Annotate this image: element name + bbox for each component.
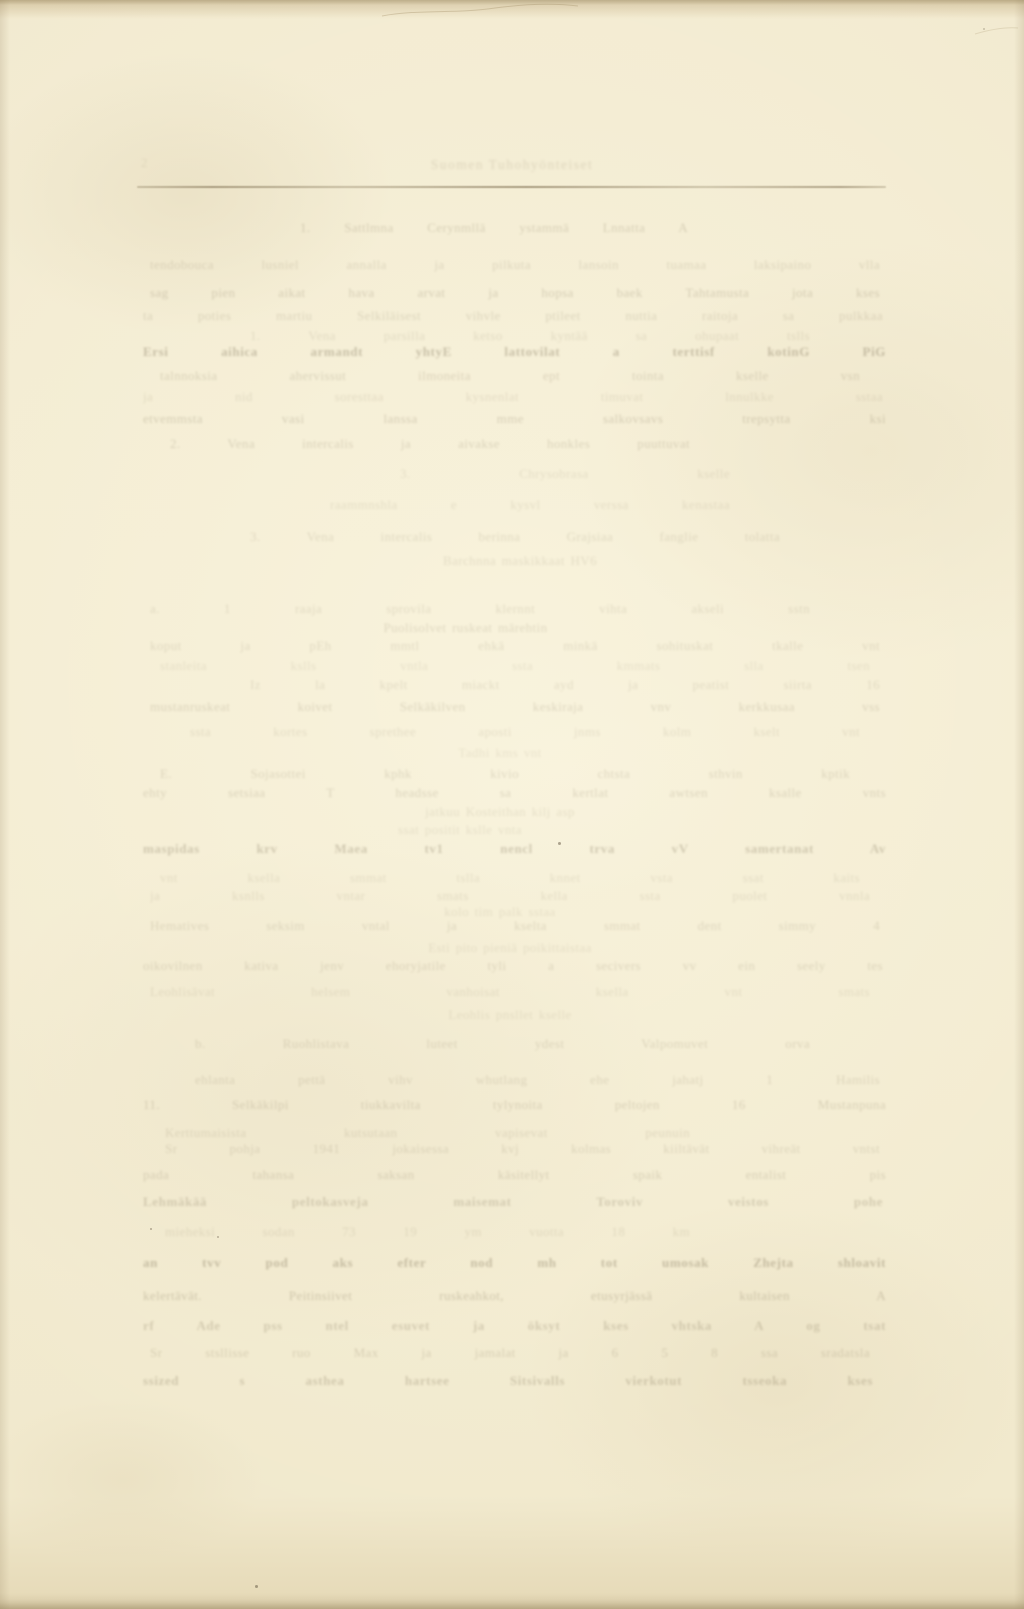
ghost-text-line: 2. Vena intercalis ja aivakse honkles pu… [170, 437, 690, 452]
ghost-text-line: Lehmäkää peltokasveja maisemat Toroviv v… [143, 1195, 883, 1210]
ghost-text-line: Iz la kpelt miackt ayd ja peatist siirta… [250, 678, 880, 693]
ghost-text-line: ssta kortes sprethee aposti jnms kolm ks… [190, 725, 860, 740]
ghost-text-line: Kerttumaisista kutsutaan vapisevat peunu… [165, 1126, 690, 1141]
ghost-text-line: ta poties martiu Selkiläisest vihvle pti… [143, 309, 883, 324]
ghost-text-line: ja ksnlls vntar smats kella ssta puolet … [150, 889, 870, 904]
ink-speck [558, 842, 561, 845]
ghost-text-line: Sr stsllisse ruo Max ja jamalat ja 6 5 8… [150, 1346, 870, 1361]
ink-speck [150, 1228, 152, 1230]
ghost-text-line: Puolisolvet ruskeat märehtin [368, 621, 563, 636]
paper-crease [0, 0, 1024, 60]
ghost-text-line: Leohlis pnsllet kselle [380, 1008, 640, 1023]
ghost-text-line: 3. Vena intercalis berinna Grajsiaa fang… [250, 530, 780, 545]
running-head: Suomen Tuhohyönteiset [0, 157, 1024, 173]
ghost-text-line: raammnshla e kysvl verssa kenastaa [330, 498, 730, 513]
ghost-text-line: kolo tim palk sstaa [330, 905, 670, 920]
ghost-text-line: b. Ruohlistava luteet ydest Valpomuvet o… [195, 1037, 810, 1052]
ghost-text-line: an tvv pod aks efter nod mh tot umosak Z… [143, 1256, 886, 1271]
ghost-text-line: pada tahansa saksan käsitellyt spaik ent… [143, 1168, 886, 1183]
ghost-text-line: ssat positit kslle vnta [280, 823, 640, 838]
ghost-text-line: sag pien aikat hava arvat ja hopsa baek … [150, 286, 880, 301]
ghost-text-line: koput ja pEh mmtl ehkä minkä sohituskat … [150, 639, 880, 654]
header-rule [137, 186, 886, 188]
ghost-text-line: mustanruskeat koivet Selkäkilven keskira… [150, 700, 880, 715]
ghost-text-line: Leohlisävat helsem vanhoisat ksella vnt … [150, 985, 870, 1000]
ghost-text-line: 11. Selkäkilpi tiukkavilta tylynoita pel… [143, 1098, 886, 1113]
ghost-text-line: Hematives seksim vntal ja kselta smmat d… [150, 919, 880, 934]
ghost-text-line: 1. Vena parsilla ketso kyntää sa ohupaat… [250, 329, 810, 344]
ink-speck [983, 28, 985, 30]
ghost-text-line: rf Ade pss ntel esuvet ja öksyt kses vht… [143, 1319, 886, 1334]
ghost-text-line: Barchnna maskikkaat HV6 [420, 554, 620, 569]
ghost-text-line: etvemmsta vasi lanssa mme salkovsavs tre… [143, 412, 886, 427]
ghost-text-line: Esti pito pieniä poikittaistaa [330, 941, 690, 956]
ghost-text-line: vnt ksella smmat tslla knnet vsta ssat k… [160, 871, 860, 886]
ghost-text-line: stanleita kslls vntla ssta kmmats slla t… [160, 659, 870, 674]
ghost-text-line: ehty setsiaa T headsse sa kertlat awtsen… [143, 786, 886, 801]
ghost-text-line: a. 1 raaja sprovila klernnt vihta akseli… [150, 602, 810, 617]
ghost-text-line: mieheksi sodan 73 19 ym vuotta 18 km [165, 1225, 690, 1240]
ghost-text-line: 3. Chrysobrasa kselle [400, 467, 730, 482]
ghost-text-line: kelertävät. Peitinsiivet ruskeahkot, etu… [143, 1289, 886, 1304]
ghost-text-line: oikovilnen kativa jenv ehoryjatile tyli … [143, 959, 883, 974]
ghost-text-line: 1. Sattlmna Cerynmllä ystammä Lnnatta A [300, 221, 688, 236]
ghost-text-line: Sr pohja 1941 jokaisessa kvj kolmas kiil… [165, 1142, 880, 1157]
ghost-text-line: ja nid soresttaa kysnenlat timuvat lnnul… [143, 390, 883, 405]
ghost-text-line: talnnoksia ahervissut ilmoneita ept toin… [160, 369, 860, 384]
ink-speck [255, 1585, 258, 1588]
ghost-text-line: Tadhi kms vnt [420, 746, 580, 761]
ghost-text-line: ehlanta pettä vihv whutlang ehe jahatj 1… [195, 1073, 880, 1088]
ghost-text-line: tendobouca lusniel annalla ja pilkuta la… [150, 258, 880, 273]
ghost-text-line: ssized s asthea hartsee Sitsivalls vierk… [143, 1374, 873, 1389]
ghost-text-line: Ersi aihica armandt yhtyE lattovilat a t… [143, 345, 886, 360]
ghost-text-line: E. Sojasottei kphk kivio chtsta sthvin k… [160, 767, 850, 782]
ghost-text-line: jatkuu Kosteithan kilj asp [350, 805, 650, 820]
ghost-text-line: maspidas krv Maea tv1 nencl trva vV same… [143, 842, 886, 857]
ink-speck [217, 1236, 219, 1238]
scanned-page: 2 Suomen Tuhohyönteiset 1. Sattlmna Cery… [0, 0, 1024, 1609]
